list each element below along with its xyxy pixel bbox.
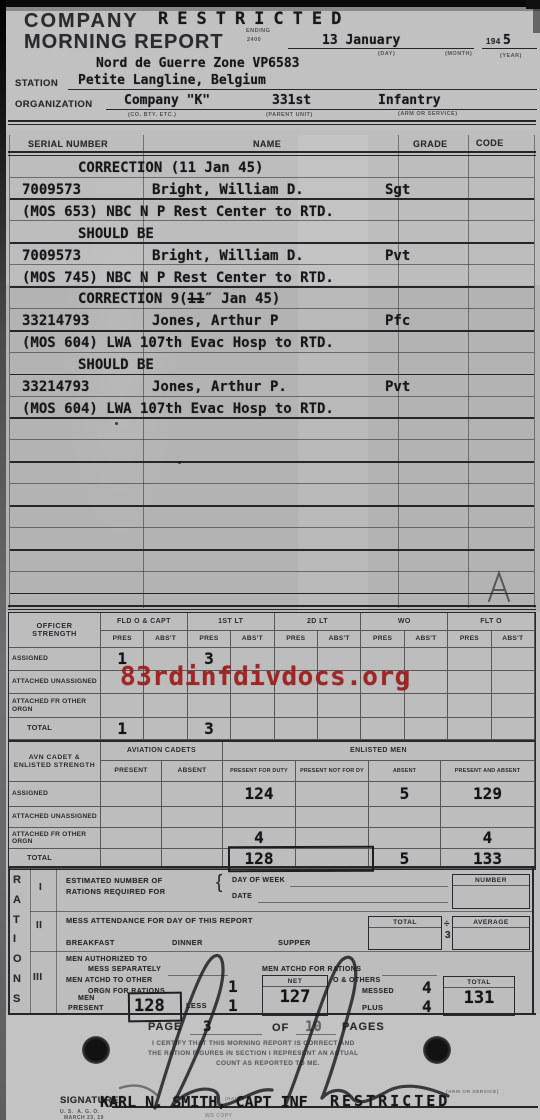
officer-sub-header: PRES (275, 631, 318, 648)
officer-corner-label: OFFICERSTRENGTH (9, 613, 101, 648)
enlisted-value-cell: 124 (223, 782, 296, 807)
roster-col-name: NAME (253, 139, 281, 149)
roster-row-line (10, 483, 534, 484)
enlisted-row-label: ATTACHED FR OTHER ORGN (9, 828, 101, 849)
roster-row-line (10, 198, 534, 200)
roster-row-line (10, 374, 534, 376)
arm-hint: (ARM OR SERVICE) (398, 111, 458, 117)
officer-sub-header: PRES (188, 631, 231, 648)
officer-group-header: FLT O (448, 613, 535, 631)
rule-line (8, 609, 536, 610)
roster-row-line (10, 571, 534, 572)
roster-grade: Pvt (385, 379, 410, 395)
enlisted-row-label: ATTACHED UNASSIGNED (9, 807, 101, 828)
enlisted-value-cell (101, 782, 162, 807)
year-hint: (YEAR) (500, 53, 522, 59)
officer-sub-header: ABS'T (318, 631, 361, 648)
rations-vertical-letter: T (13, 914, 20, 926)
officer-value-cell (448, 671, 491, 694)
roster-col-grade: GRADE (413, 139, 448, 149)
officer-value-cell (188, 694, 231, 718)
officer-row-label: ATTACHED UNASSIGNED (9, 671, 101, 694)
scan-root: { "watermark": { "text": "83rdinfdivdocs… (0, 0, 540, 1120)
section-i-numeral: I (39, 882, 42, 893)
officer-value-cell: 3 (188, 718, 231, 740)
rule-line (8, 151, 536, 153)
column-divider (56, 868, 57, 1014)
roster-col-code: CODE (476, 138, 504, 148)
officer-value-cell (318, 694, 361, 718)
officer-value-cell (492, 648, 535, 671)
section-right-edge (532, 868, 534, 1014)
roster-row-line (10, 549, 534, 551)
pencil-dot (178, 461, 181, 464)
roster-serial: 7009573 (22, 248, 81, 264)
organization-label: ORGANIZATION (15, 99, 92, 110)
paper-scan: COMPANY RESTRICTED MORNING REPORT ENDING… (0, 0, 540, 1120)
officer-value-cell (361, 694, 404, 718)
org-arm-value: Infantry (378, 93, 441, 108)
roster-row-line (10, 286, 534, 288)
rule-line (482, 48, 537, 49)
rule-line (290, 886, 448, 887)
roster-row-line (10, 352, 534, 353)
ending-value: 2400 (247, 37, 261, 43)
rule-line (8, 866, 536, 868)
roster-row-line (10, 417, 534, 419)
rule-line (8, 124, 536, 125)
mess-attendance-title: MESS ATTENDANCE FOR DAY OF THIS REPORT (66, 916, 253, 925)
officer-value-cell (492, 694, 535, 718)
roster-grade: Sgt (385, 182, 410, 198)
rations-vertical-letter: I (13, 933, 16, 945)
handdrawn-box (228, 846, 374, 873)
officer-row-label: ATTACHED FR OTHER ORGN (9, 694, 101, 718)
officer-value-cell: 1 (101, 718, 144, 740)
enlisted-value-cell (162, 782, 223, 807)
officer-value-cell (448, 718, 491, 740)
officer-corner-line2: STRENGTH (32, 630, 77, 638)
officer-value-cell (318, 718, 361, 740)
roster-name: Jones, Arthur P. (152, 379, 287, 395)
enlisted-value-cell (296, 807, 369, 828)
officer-value-cell (101, 694, 144, 718)
officer-value-cell (275, 718, 318, 740)
enlisted-value-cell (441, 807, 535, 828)
enlisted-value-cell (101, 828, 162, 849)
enlisted-value-cell (162, 828, 223, 849)
morning-report-title: MORNING REPORT (24, 31, 224, 54)
unit-hint: (CO. BTY. ETC.) (128, 112, 176, 118)
officer-sub-header: ABS'T (144, 631, 187, 648)
rule-line (258, 902, 448, 903)
roster-row-line (10, 461, 534, 463)
enlisted-value-cell (369, 807, 441, 828)
officer-row-label: ASSIGNED (9, 648, 101, 671)
officer-sub-header: PRES (361, 631, 404, 648)
enlisted-corner-label: AVN CADET & ENLISTED STRENGTH (9, 742, 101, 782)
enlisted-group-header: ENLISTED MEN (223, 742, 535, 761)
rule-line (8, 605, 536, 607)
rations-est-line2: RATIONS REQUIRED FOR (66, 887, 165, 896)
officer-group-header: 2D LT (275, 613, 362, 631)
roster-serial: 7009573 (22, 182, 81, 198)
restricted-stamp-top: RESTRICTED (158, 9, 350, 29)
officer-value-cell (231, 718, 274, 740)
parent-hint: (PARENT UNIT) (266, 112, 313, 118)
rule-line (8, 120, 536, 122)
rations-vertical-letter: A (13, 894, 21, 906)
roster-detail: (MOS 745) NBC N P Rest Center to RTD. (22, 270, 334, 286)
roster-row-line (10, 505, 534, 507)
roster-note: CORRECTION (11 Jan 45) (78, 160, 263, 176)
enlisted-sub-header: PRESENT (101, 761, 162, 782)
table-right-edge (534, 135, 535, 608)
roster-row-line (10, 330, 534, 332)
roster-row-line (10, 439, 534, 440)
day-hint: (DAY) (378, 51, 395, 57)
enlisted-sub-header: PRESENT NOT FOR DY (296, 761, 369, 782)
roster-note: SHOULD BE (78, 226, 154, 242)
enlisted-value-cell (162, 807, 223, 828)
roster-name: Bright, William D. (152, 248, 304, 264)
enlisted-sub-header: PRESENT AND ABSENT (441, 761, 535, 782)
officer-value-cell (448, 648, 491, 671)
roster-serial: 33214793 (22, 313, 89, 329)
divide-sign: ÷ (444, 919, 450, 930)
ending-label: ENDING (246, 28, 270, 34)
officer-sub-header: PRES (448, 631, 491, 648)
roster-name: Bright, William D. (152, 182, 304, 198)
enlisted-value-cell: 129 (441, 782, 535, 807)
officer-value-cell (231, 694, 274, 718)
enlisted-row-label: ASSIGNED (9, 782, 101, 807)
brace-glyph: { (216, 872, 223, 894)
officer-group-header: 1ST LT (188, 613, 275, 631)
struck-text: 11 (188, 291, 205, 307)
day-of-week-label: DAY OF WEEK (232, 877, 285, 884)
year-prefix: 194 (486, 37, 501, 46)
officer-sub-header: ABS'T (492, 631, 535, 648)
table-left-edge (9, 135, 10, 608)
roster-row-line (10, 308, 534, 309)
rule-line (68, 89, 537, 90)
year-value: 5 (503, 33, 511, 48)
roster-row-line (10, 396, 534, 397)
station-label: STATION (15, 78, 58, 89)
enlisted-group-header: AVIATION CADETS (101, 742, 223, 761)
pencil-dot (115, 422, 118, 425)
roster-note-corrected: CORRECTION 9(11″ Jan 45) (78, 291, 280, 307)
officer-sub-header: PRES (101, 631, 144, 648)
scan-edge-corner-fade (533, 9, 540, 33)
station-value: Petite Langline, Belgium (78, 73, 266, 88)
roster-row-line (10, 177, 534, 178)
handwritten-signature (60, 938, 480, 1116)
enlisted-value-cell (101, 807, 162, 828)
officer-row-label: TOTAL (9, 718, 101, 740)
column-divider (468, 135, 469, 608)
officer-value-cell (275, 694, 318, 718)
officer-value-cell (144, 718, 187, 740)
roster-note: SHOULD BE (78, 357, 154, 373)
enlisted-value-cell (223, 807, 296, 828)
number-box-label: NUMBER (453, 875, 529, 886)
officer-value-cell (405, 671, 448, 694)
org-unit-value: Company "K" (124, 93, 210, 108)
roster-row-line (10, 220, 534, 221)
roster-row-line (10, 242, 534, 244)
rations-vertical-letter: O (13, 953, 22, 965)
roster-grade: Pfc (385, 313, 410, 329)
roster-serial: 33214793 (22, 379, 89, 395)
section-iii-numeral: III (33, 972, 43, 983)
rations-vertical-letter: N (13, 973, 21, 985)
report-date-value: 13 January (322, 33, 400, 48)
mess-total-label: TOTAL (369, 917, 441, 928)
margin-note-a (486, 570, 514, 604)
officer-value-cell (448, 694, 491, 718)
roster-detail: (MOS 604) LWA 107th Evac Hosp to RTD. (22, 335, 334, 351)
rule-line (106, 109, 537, 110)
date-label: DATE (232, 893, 252, 900)
enlisted-sub-header: ABSENT (162, 761, 223, 782)
scan-edge-top (0, 0, 540, 7)
roster-detail: (MOS 604) LWA 107th Evac Hosp to RTD. (22, 401, 334, 417)
enlisted-value-cell (369, 828, 441, 849)
column-divider (30, 868, 31, 1014)
enlisted-sub-header: ABSENT (369, 761, 441, 782)
rule-line (288, 48, 474, 49)
enlisted-value-cell (296, 782, 369, 807)
enlisted-value-cell: 5 (369, 782, 441, 807)
officer-group-header: FLD O & CAPT (101, 613, 188, 631)
watermark: 83rdinfdivdocs.org (120, 662, 411, 692)
enlisted-sub-header: PRESENT FOR DUTY (223, 761, 296, 782)
roster-row-line (10, 527, 534, 528)
scan-edge-left (0, 0, 6, 1120)
roster-row-line (10, 593, 534, 595)
rations-est-line1: ESTIMATED NUMBER OF (66, 876, 163, 885)
officer-value-cell (492, 718, 535, 740)
section-left-edge (8, 868, 10, 1014)
rations-vertical-letter: S (13, 993, 21, 1005)
officer-sub-header: ABS'T (231, 631, 274, 648)
officer-value-cell (405, 694, 448, 718)
officer-value-cell (405, 718, 448, 740)
officer-sub-header: ABS'T (405, 631, 448, 648)
roster-row-line (10, 264, 534, 265)
officer-value-cell (492, 671, 535, 694)
roster-detail: (MOS 653) NBC N P Rest Center to RTD. (22, 204, 334, 220)
company-title: COMPANY (24, 10, 139, 33)
zone-line: Nord de Guerre Zone VP6583 (96, 56, 300, 71)
rule-line (8, 155, 536, 156)
officer-value-cell (144, 694, 187, 718)
officer-group-header: WO (361, 613, 448, 631)
officer-value-cell (361, 718, 404, 740)
rations-vertical-letter: R (13, 874, 21, 886)
roster-name: Jones, Arthur P (152, 313, 278, 329)
officer-value-cell (405, 648, 448, 671)
roster-grade: Pvt (385, 248, 410, 264)
enlisted-value-cell: 4 (441, 828, 535, 849)
month-hint: (MONTH) (445, 51, 472, 57)
column-divider (398, 135, 399, 608)
roster-col-serial-number: SERIAL NUMBER (28, 139, 108, 149)
rule-line (30, 911, 534, 912)
number-box: NUMBER (452, 874, 530, 909)
average-box-label: AVERAGE (453, 917, 529, 928)
scan-edge-corner (526, 0, 540, 9)
org-parent-value: 331st (272, 93, 311, 108)
section-ii-numeral: II (36, 920, 42, 931)
